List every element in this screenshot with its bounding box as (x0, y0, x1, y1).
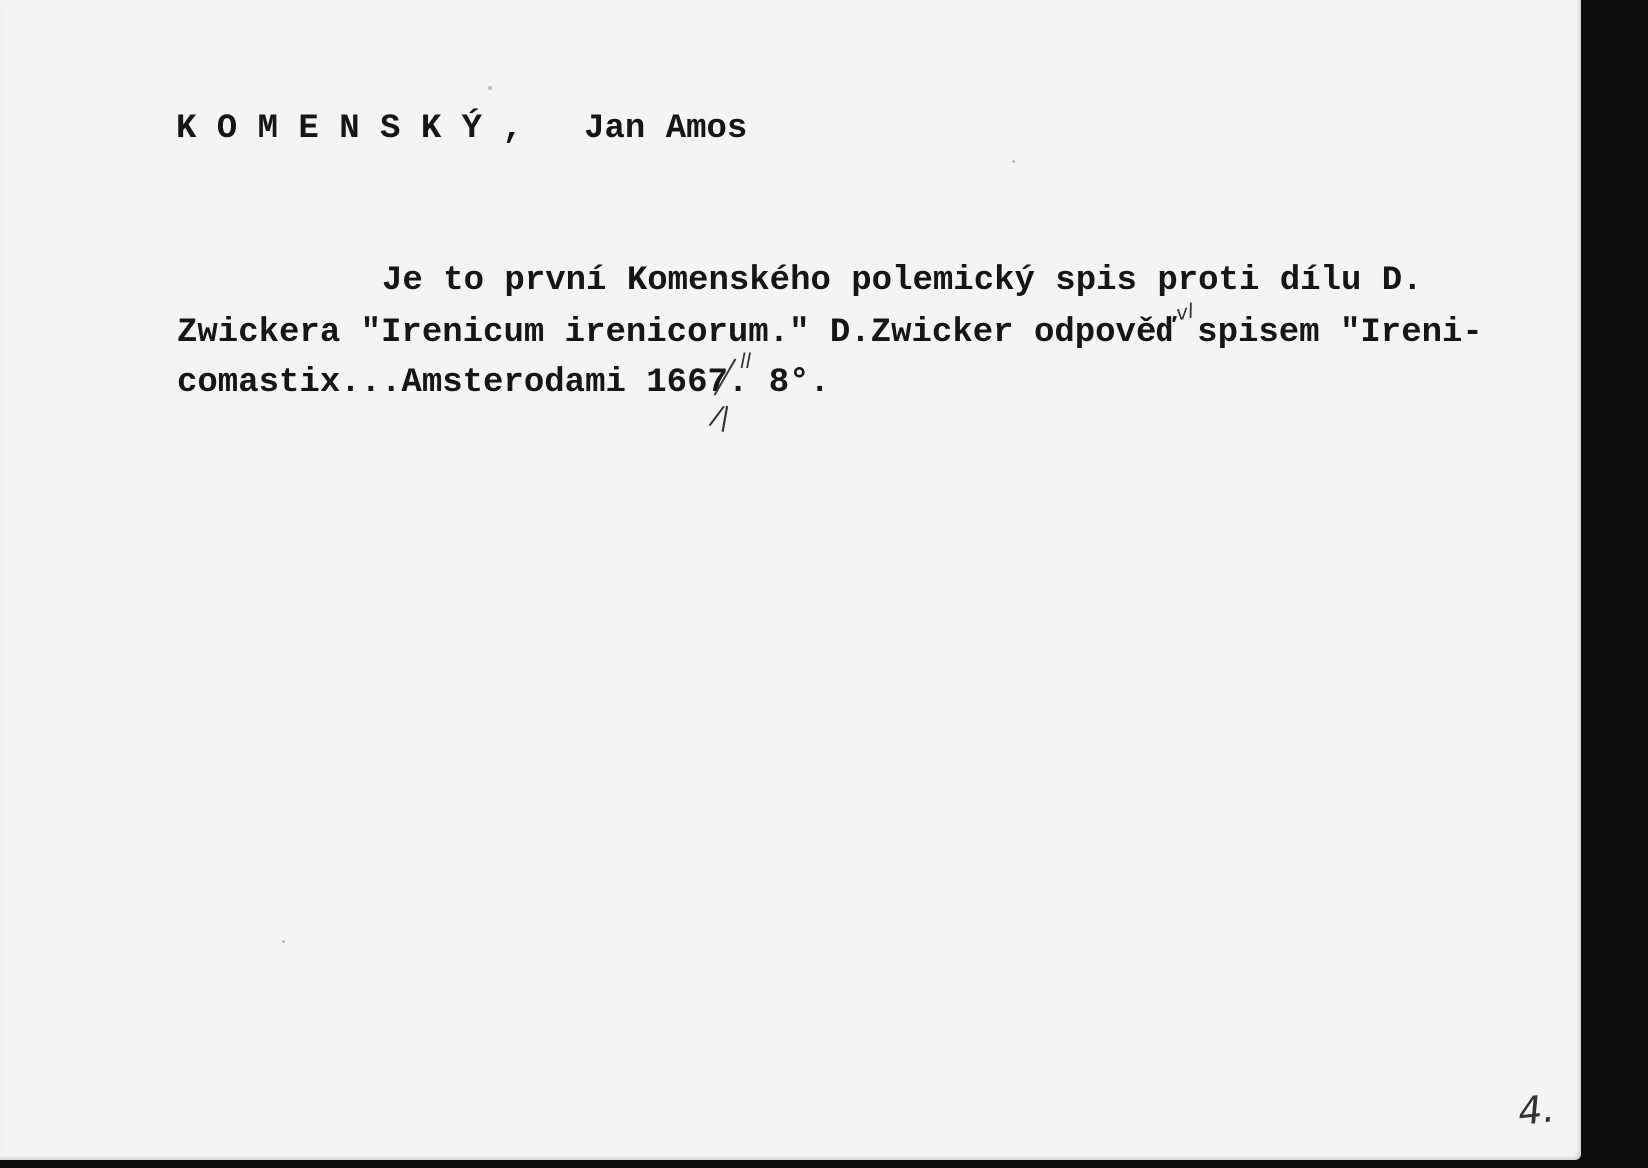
paper-speck (282, 940, 285, 943)
paper-speck (488, 86, 492, 90)
handwritten-mark: /| (710, 401, 732, 434)
handwritten-insertion: vl (1174, 299, 1195, 326)
author-given-names: Jan Amos (584, 110, 747, 148)
catalog-card: K O M E N S K Ý , Jan Amos Je to první K… (0, 0, 1581, 1160)
body-line-2: Zwickera "Irenicum irenicorum." D.Zwicke… (177, 316, 1483, 350)
page-number: 4. (1516, 1086, 1557, 1134)
handwritten-correction: ll (740, 349, 751, 373)
card-heading: K O M E N S K Ý , Jan Amos (176, 112, 747, 146)
author-surname: K O M E N S K Ý , (176, 110, 523, 148)
paper-speck (1012, 160, 1015, 163)
body-line-3: comastix...Amsterodami 1667. 8°. (177, 366, 830, 400)
body-line-1: Je to první Komenského polemický spis pr… (382, 264, 1423, 298)
